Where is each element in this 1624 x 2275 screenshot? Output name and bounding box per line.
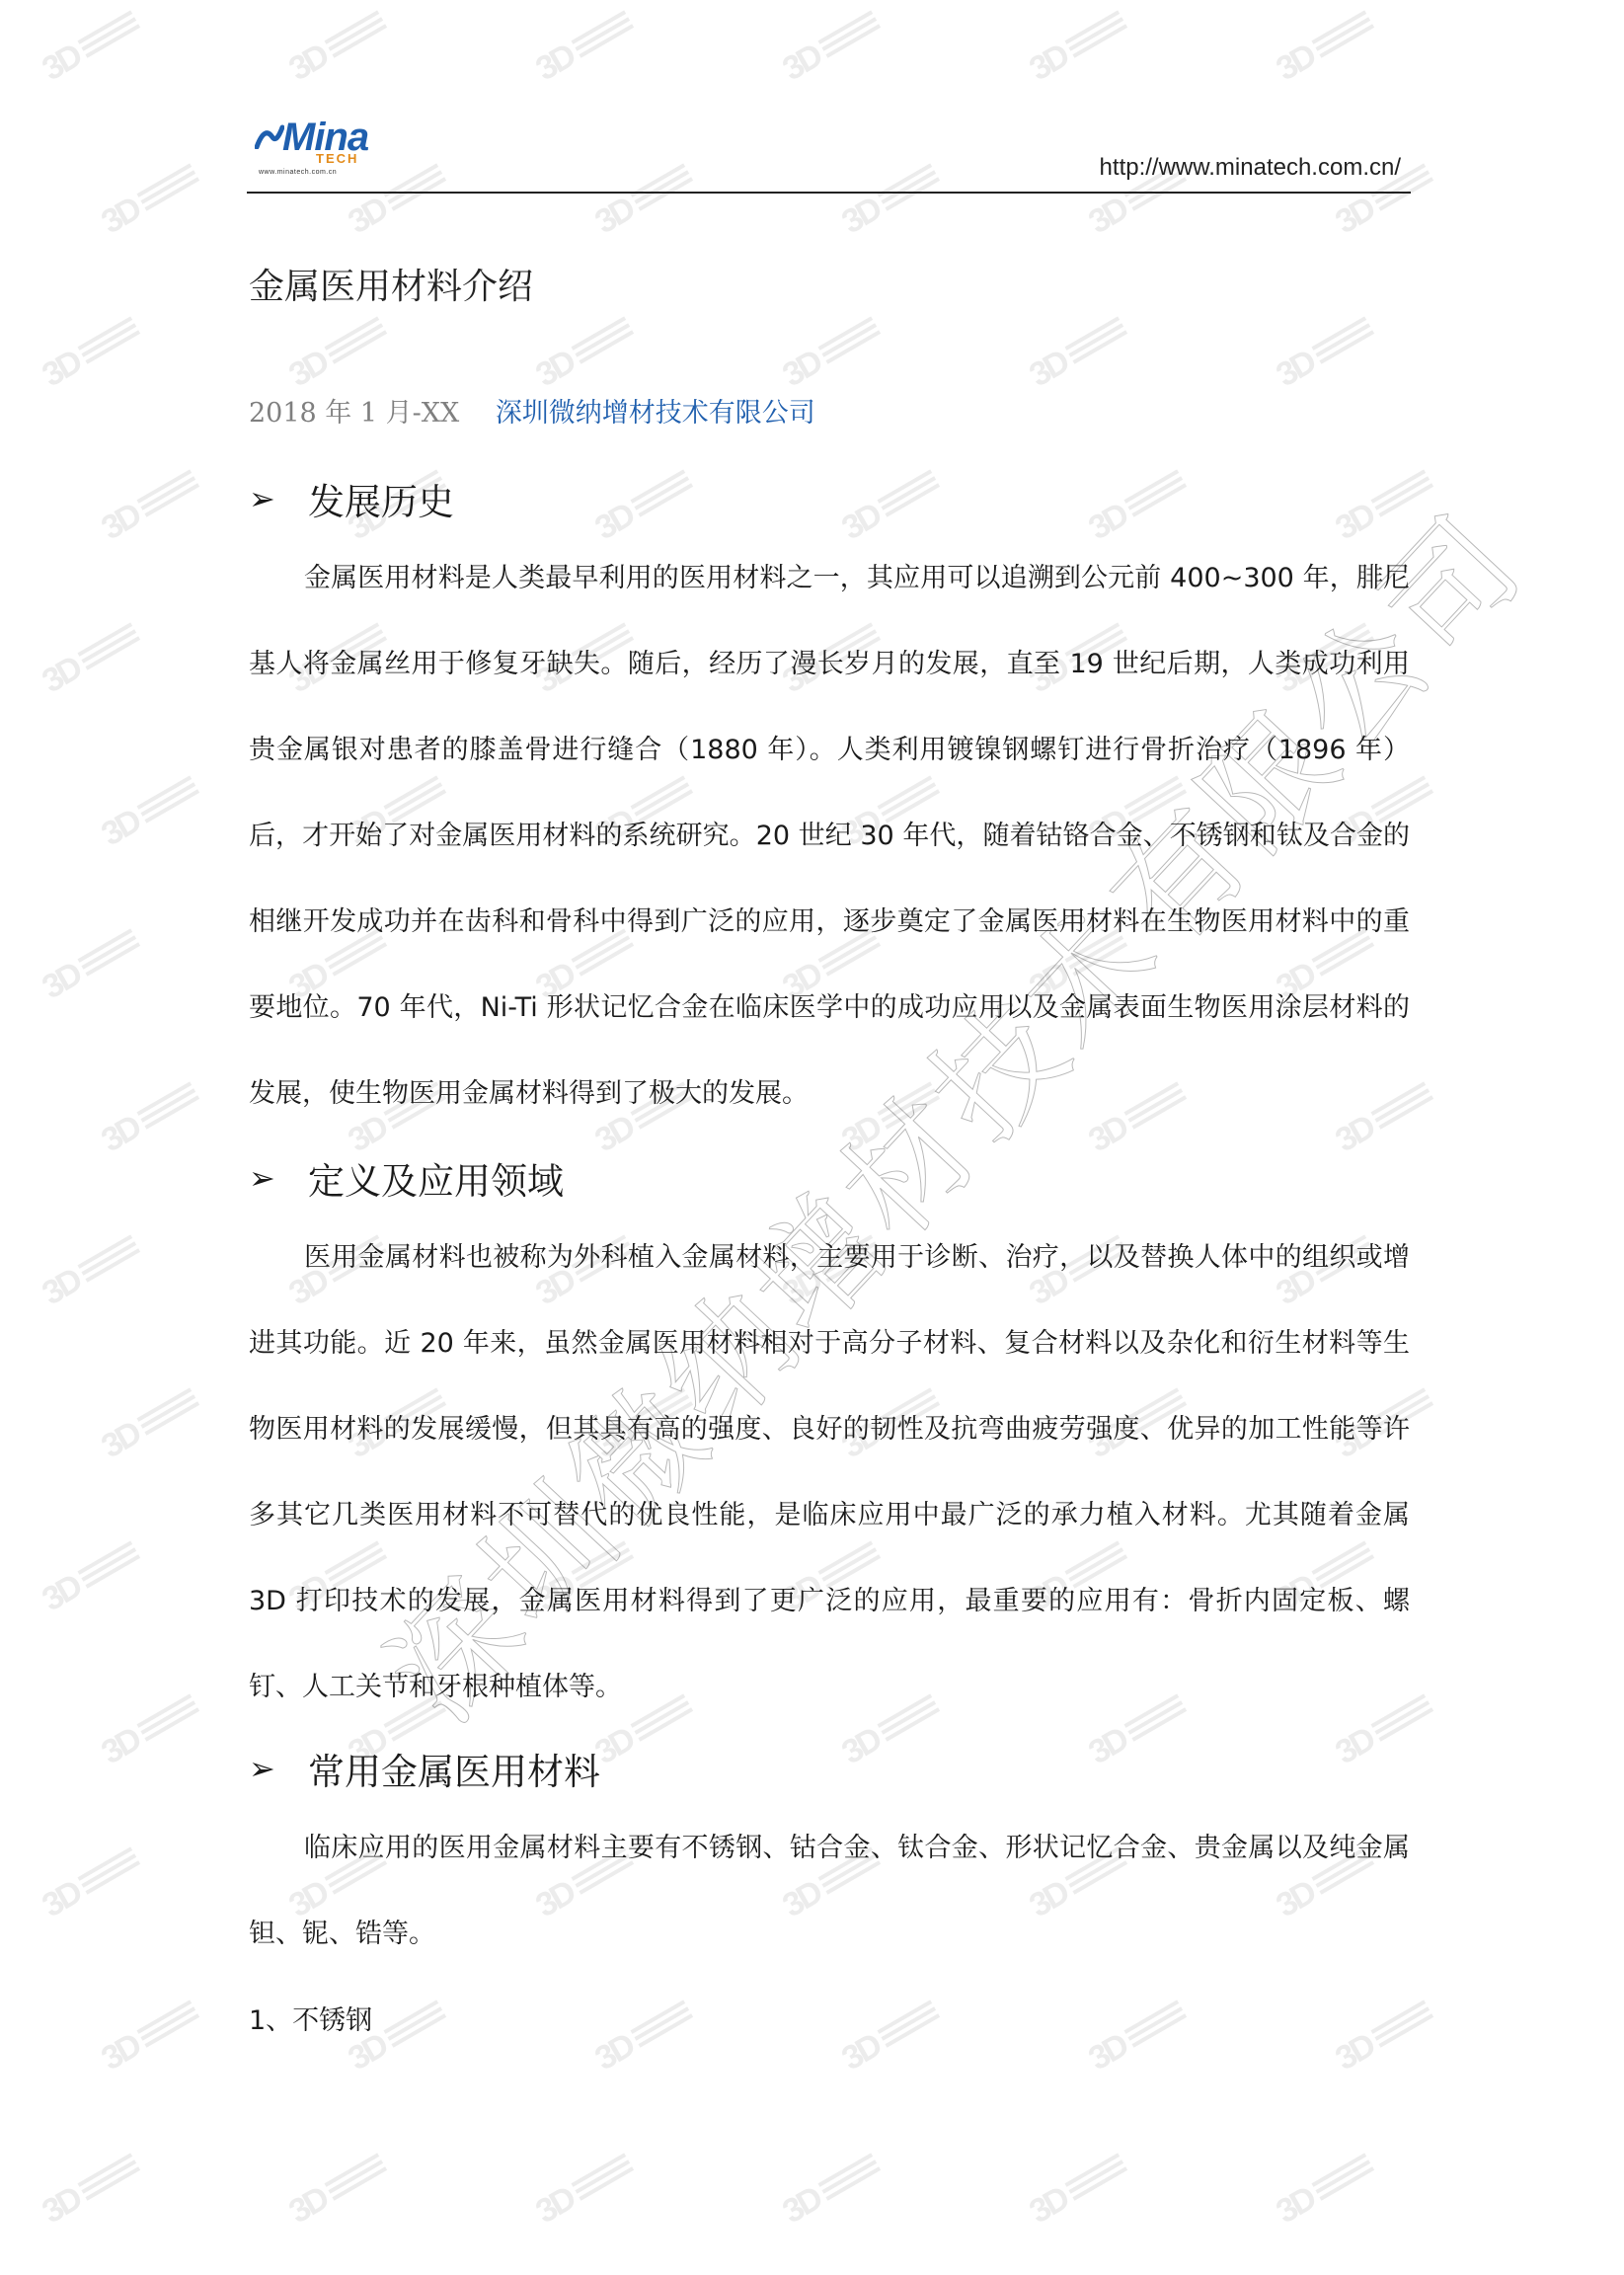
document-date: 2018 年 1 月-XX [249, 398, 459, 429]
section-paragraph-history: 金属医用材料是人类最早利用的医用材料之一，其应用可以追溯到公元前 400~300… [249, 535, 1410, 1137]
header-url[interactable]: http://www.minatech.com.cn/ [1100, 154, 1401, 182]
paragraph-text: 金属医用材料是人类最早利用的医用材料之一，其应用可以追溯到公元前 400~300… [249, 535, 1410, 1137]
section-heading-text: 常用金属医用材料 [308, 1742, 600, 1795]
document-meta: 2018 年 1 月-XX 深圳微纳增材技术有限公司 [249, 391, 815, 430]
section-heading-definition: ➢ 定义及应用领域 [249, 1151, 564, 1205]
section-heading-common-materials: ➢ 常用金属医用材料 [249, 1742, 600, 1795]
section-heading-history: ➢ 发展历史 [249, 472, 454, 525]
arrow-bullet-icon: ➢ [249, 480, 282, 517]
document-company: 深圳微纳增材技术有限公司 [496, 398, 815, 429]
document-page: Mina TECH www.minatech.com.cn http://www… [0, 0, 1624, 2275]
paragraph-text: 医用金属材料也被称为外科植入金属材料，主要用于诊断、治疗，以及替换人体中的组织或… [249, 1215, 1410, 1730]
company-logo: Mina TECH www.minatech.com.cn [255, 116, 383, 179]
logo-url-text: www.minatech.com.cn [259, 169, 337, 176]
section-paragraph-common-materials: 临床应用的医用金属材料主要有不锈钢、钴合金、钛合金、形状记忆合金、贵金属以及纯金… [249, 1805, 1410, 1977]
logo-swoosh-icon [255, 123, 284, 149]
section-heading-text: 发展历史 [308, 472, 454, 525]
arrow-bullet-icon: ➢ [249, 1159, 282, 1197]
section-heading-text: 定义及应用领域 [308, 1151, 564, 1205]
document-title: 金属医用材料介绍 [249, 259, 533, 309]
paragraph-text: 临床应用的医用金属材料主要有不锈钢、钴合金、钛合金、形状记忆合金、贵金属以及纯金… [249, 1805, 1410, 1977]
header-divider [247, 192, 1411, 194]
section-paragraph-definition: 医用金属材料也被称为外科植入金属材料，主要用于诊断、治疗，以及替换人体中的组织或… [249, 1215, 1410, 1730]
arrow-bullet-icon: ➢ [249, 1750, 282, 1787]
logo-sub-text: TECH [316, 151, 358, 166]
sub-item-stainless-steel: 1、不锈钢 [249, 1999, 372, 2037]
